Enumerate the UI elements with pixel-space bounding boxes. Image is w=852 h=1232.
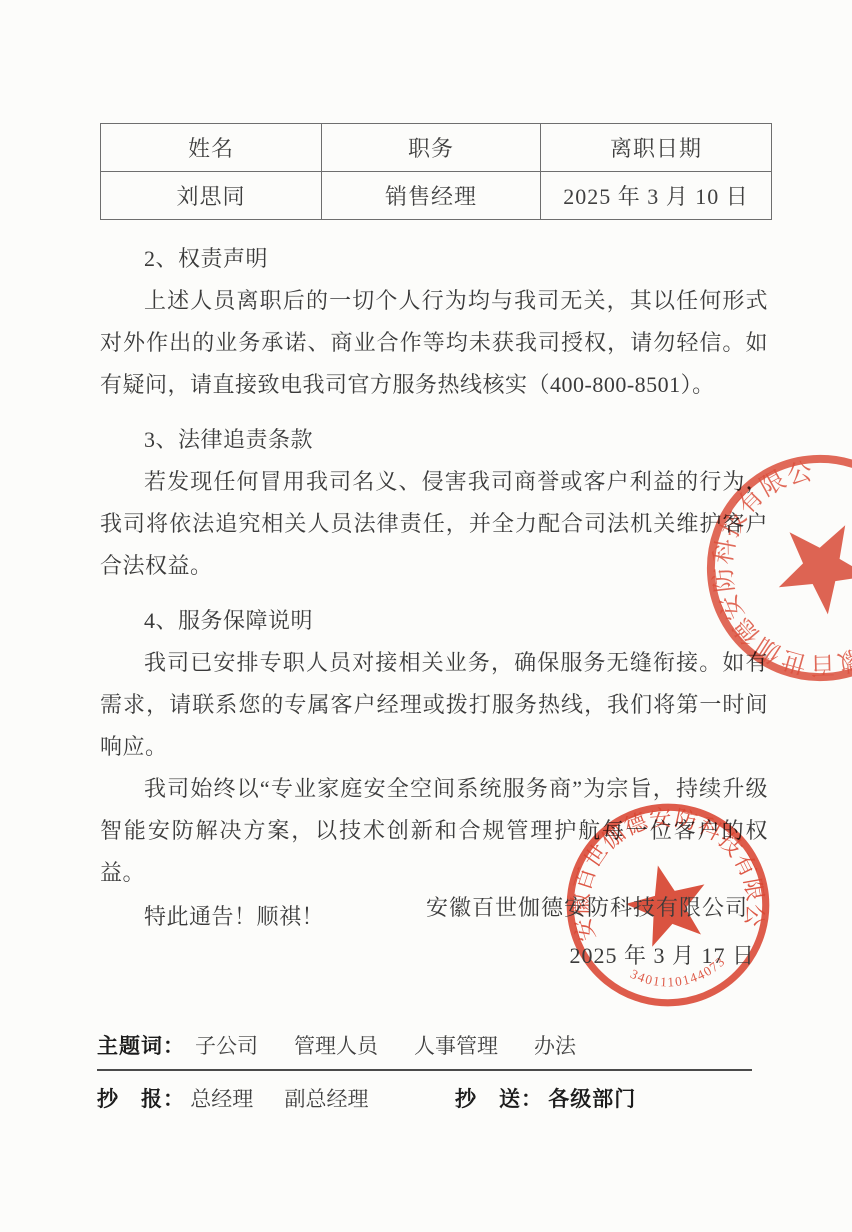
copy-report-group: 抄 报： 总经理 副总经理 <box>97 1083 395 1113</box>
copy-distribution-row: 抄 报： 总经理 副总经理 抄 送： 各级部门 <box>97 1083 752 1113</box>
signature-date: 2025 年 3 月 17 日 <box>569 939 755 970</box>
scanned-document-page: 姓名 职务 离职日期 刘思同 销售经理 2025 年 3 月 10 日 2、权责… <box>0 0 852 1232</box>
section-4-paragraph-1: 我司已安排专职人员对接相关业务，确保服务无缝衔接。如有需求，请联系您的专属客户经… <box>100 642 768 768</box>
subject-label: 主题词： <box>97 1030 185 1060</box>
copy-send-label: 抄 送： <box>455 1087 543 1111</box>
section-2-paragraph: 上述人员离职后的一切个人行为均与我司无关，其以任何形式对外作出的业务承诺、商业合… <box>100 280 768 406</box>
document-body: 2、权责声明 上述人员离职后的一切个人行为均与我司无关，其以任何形式对外作出的业… <box>100 225 768 938</box>
cell-name: 刘思同 <box>101 172 322 220</box>
cell-departure-date: 2025 年 3 月 10 日 <box>541 172 772 220</box>
document-footer: 主题词： 子公司 管理人员 人事管理 办法 抄 报： 总经理 副总经理 抄 送：… <box>97 1030 752 1113</box>
departure-table: 姓名 职务 离职日期 刘思同 销售经理 2025 年 3 月 10 日 <box>100 123 772 220</box>
header-departure-date: 离职日期 <box>541 124 772 172</box>
copy-report-item: 副总经理 <box>285 1087 369 1111</box>
table-header-row: 姓名 职务 离职日期 <box>101 124 772 172</box>
subject-keyword: 子公司 <box>195 1030 258 1060</box>
subject-keyword: 管理人员 <box>294 1030 378 1060</box>
partial-seal-star-icon <box>760 510 852 629</box>
section-heading-4: 4、服务保障说明 <box>100 600 768 642</box>
signature-company: 安徽百世伽德安防科技有限公司 <box>426 891 748 922</box>
section-4-paragraph-2: 我司始终以“专业家庭安全空间系统服务商”为宗旨，持续升级智能安防解决方案，以技术… <box>100 768 768 894</box>
copy-report-item: 总经理 <box>190 1087 253 1111</box>
table-row: 刘思同 销售经理 2025 年 3 月 10 日 <box>101 172 772 220</box>
section-heading-3: 3、法律追责条款 <box>100 419 768 461</box>
section-3-paragraph: 若发现任何冒用我司名义、侵害我司商誉或客户利益的行为，我司将依法追究相关人员法律… <box>100 461 768 587</box>
subject-keywords-row: 主题词： 子公司 管理人员 人事管理 办法 <box>97 1030 752 1071</box>
cell-position: 销售经理 <box>322 172 541 220</box>
header-name: 姓名 <box>101 124 322 172</box>
copy-send-group: 抄 送： 各级部门 <box>455 1083 636 1113</box>
subject-keyword: 人事管理 <box>414 1030 498 1060</box>
section-heading-2: 2、权责声明 <box>100 238 768 280</box>
header-position: 职务 <box>322 124 541 172</box>
copy-send-item: 各级部门 <box>548 1087 636 1111</box>
copy-report-label: 抄 报： <box>97 1087 185 1111</box>
subject-keyword: 办法 <box>534 1030 576 1060</box>
